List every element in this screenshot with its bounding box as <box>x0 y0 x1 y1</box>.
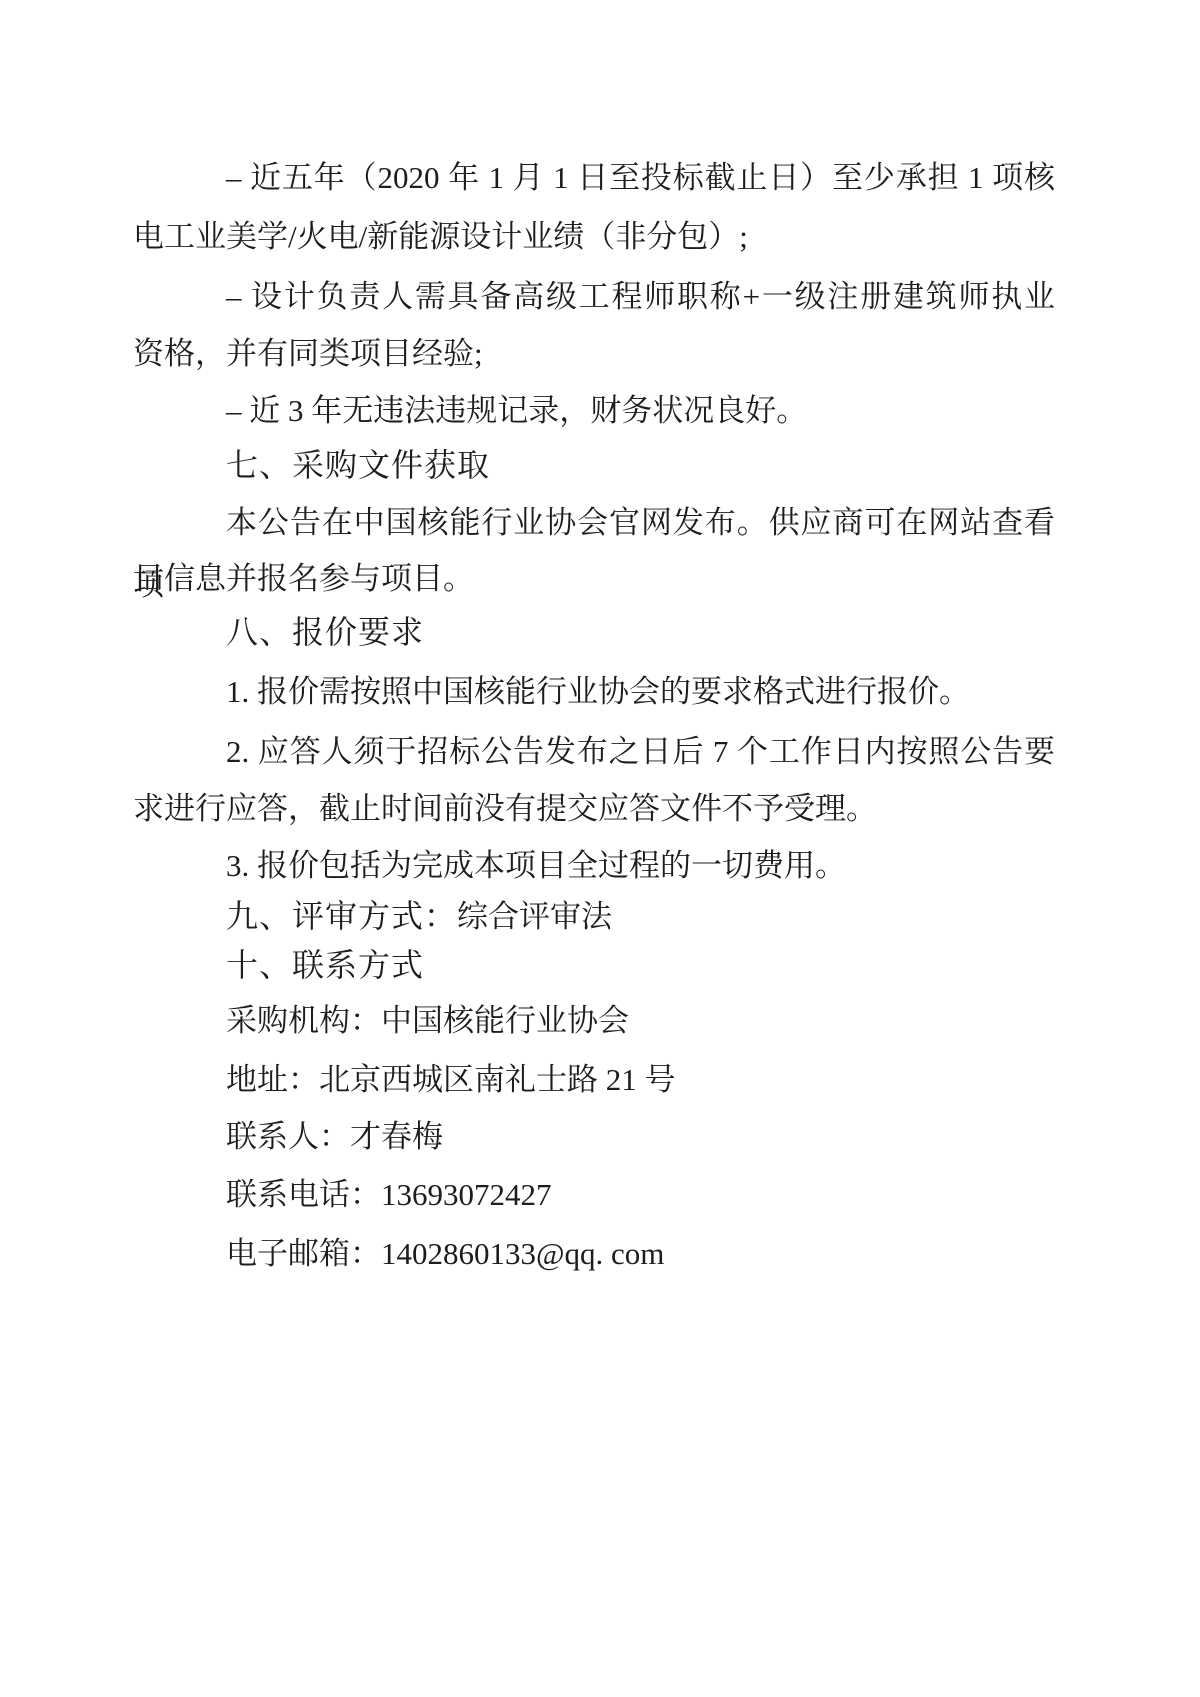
quote-requirement-item-2-line-2: 求进行应答，截止时间前没有提交应答文件不予受理。 <box>133 780 1055 837</box>
contact-address: 地址：北京西城区南礼士路 21 号 <box>133 1051 1055 1108</box>
contact-person: 联系人：才春梅 <box>133 1108 1055 1165</box>
procurement-docs-body-line-2: 目信息并报名参与项目。 <box>133 554 1055 604</box>
contact-phone: 联系电话：13693072427 <box>133 1165 1055 1225</box>
evaluation-method-label: 九、评审方式： <box>226 898 457 934</box>
quote-requirement-item-3: 3. 报价包括为完成本项目全过程的一切费用。 <box>133 837 1055 894</box>
procurement-docs-body-line-1: 本公告在中国核能行业协会官网发布。供应商可在网站查看项 <box>133 492 1055 554</box>
section-heading-quote-requirements: 八、报价要求 <box>133 604 1055 661</box>
section-heading-evaluation-method: 九、评审方式：综合评审法 <box>133 894 1055 939</box>
contact-email: 电子邮箱：1402860133@qq. com <box>133 1225 1055 1282</box>
section-heading-contact-info: 十、联系方式 <box>133 939 1055 991</box>
qualification-item-1-line-1: – 近五年（2020 年 1 月 1 日至投标截止日）至少承担 1 项核 <box>133 149 1055 206</box>
qualification-item-1-line-2: 电工业美学/火电/新能源设计业绩（非分包）; <box>133 206 1055 268</box>
quote-requirement-item-2-line-1: 2. 应答人须于招标公告发布之日后 7 个工作日内按照公告要 <box>133 723 1055 780</box>
qualification-item-3: – 近 3 年无违法违规记录，财务状况良好。 <box>133 382 1055 439</box>
quote-requirement-item-1: 1. 报价需按照中国核能行业协会的要求格式进行报价。 <box>133 661 1055 723</box>
section-heading-procurement-docs: 七、采购文件获取 <box>133 439 1055 492</box>
qualification-item-2-line-2: 资格，并有同类项目经验; <box>133 325 1055 382</box>
document-page: – 近五年（2020 年 1 月 1 日至投标截止日）至少承担 1 项核 电工业… <box>0 0 1200 1282</box>
evaluation-method-value: 综合评审法 <box>457 899 612 934</box>
qualification-item-2-line-1: – 设计负责人需具备高级工程师职称+一级注册建筑师执业 <box>133 268 1055 325</box>
contact-agency: 采购机构：中国核能行业协会 <box>133 991 1055 1051</box>
